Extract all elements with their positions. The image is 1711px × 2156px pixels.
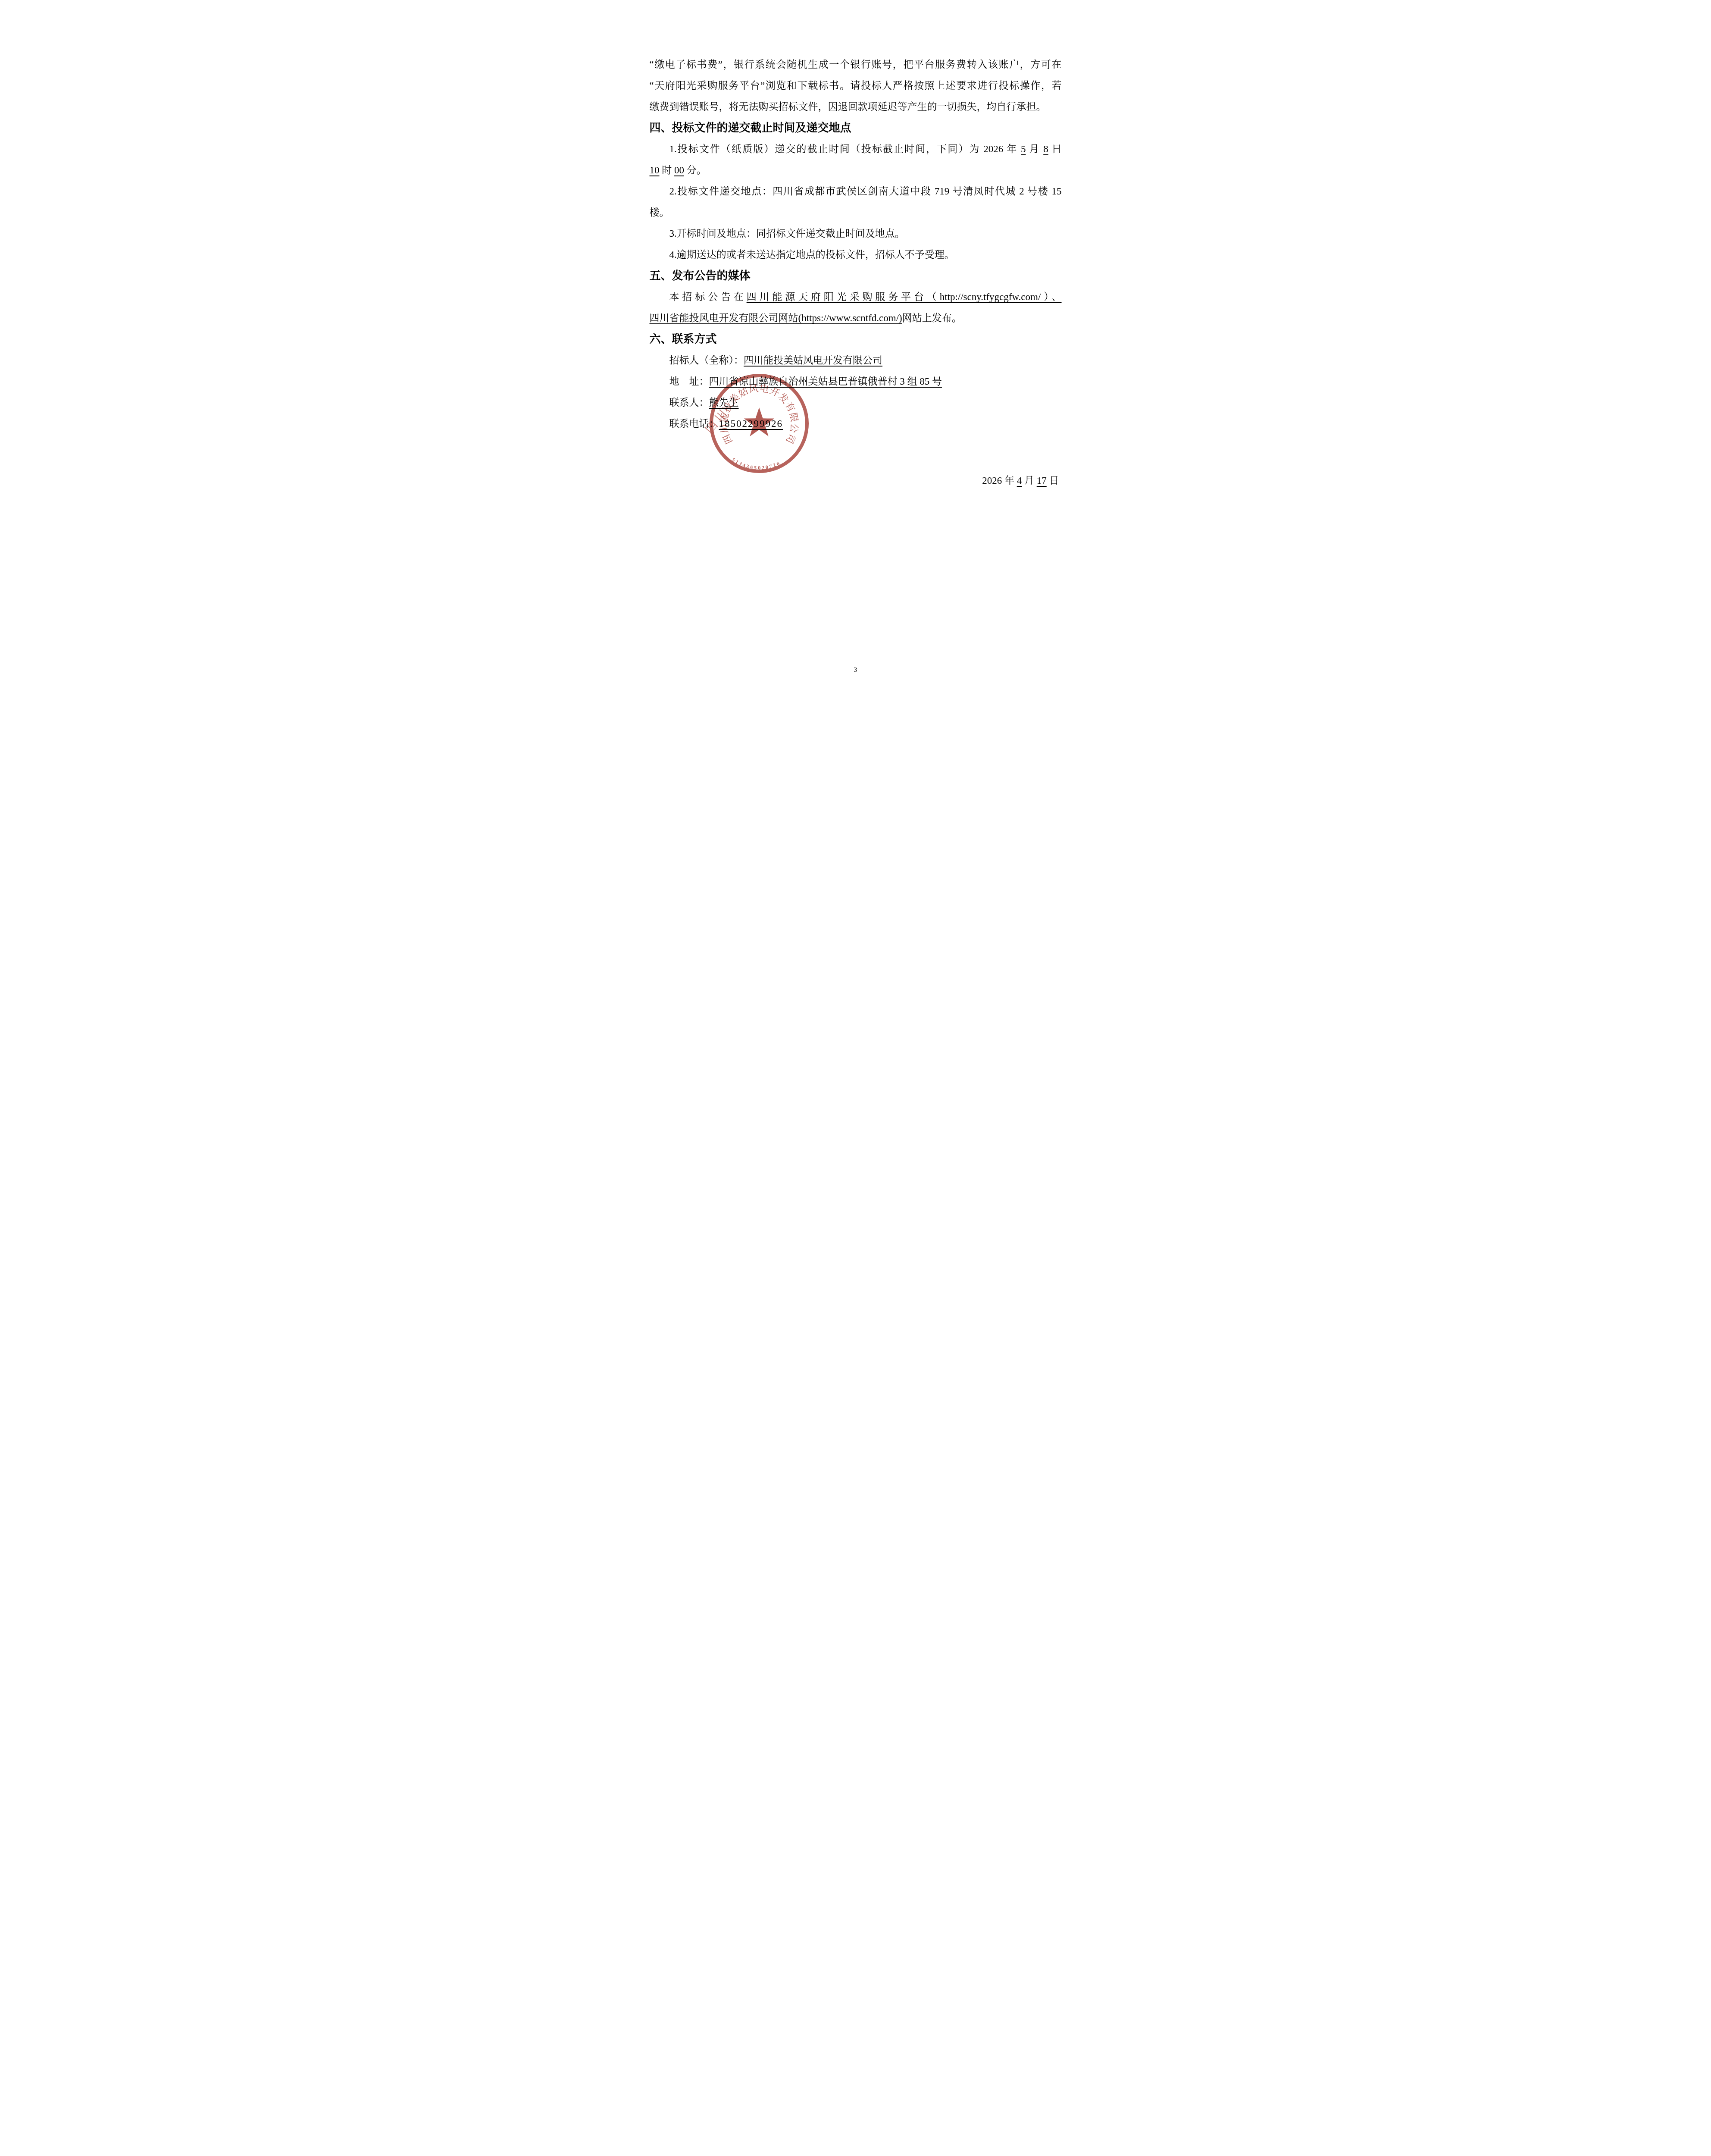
date-day: 17 [1037, 475, 1047, 486]
section4-item1-line1: 1.投标文件（纸质版）递交的截止时间（投标截止时间，下同）为 2026 年 5 … [650, 138, 1062, 160]
phone-line: 联系电话：18502299926 [650, 413, 1062, 434]
section4-heading: 四、投标文件的递交截止时间及递交地点 [650, 117, 1062, 138]
date-year: 2026 年 [982, 475, 1017, 486]
page-number: 3 [650, 666, 1062, 674]
section6-heading: 六、联系方式 [650, 329, 1062, 350]
intro-line-1: “缴电子标书费”，银行系统会随机生成一个银行账号，把平台服务费转入该账户，方可在 [650, 54, 1062, 75]
document-page: “缴电子标书费”，银行系统会随机生成一个银行账号，把平台服务费转入该账户，方可在… [599, 0, 1112, 726]
item1-text: 分。 [684, 165, 707, 175]
tenderer-name: 四川能投美姑风电开发有限公司 [744, 355, 882, 366]
item1-text: 时 [660, 165, 675, 175]
item1-text: 日 [1048, 144, 1062, 154]
media-text: 本招标公告在 [669, 291, 747, 302]
deadline-month: 5 [1021, 144, 1026, 154]
media-text: 网站上发布。 [902, 313, 962, 323]
section4-item1-line2: 10 时 00 分。 [650, 160, 1062, 181]
section4-item3: 3.开标时间及地点：同招标文件递交截止时间及地点。 [650, 223, 1062, 244]
phone-label: 联系电话： [669, 418, 719, 429]
phone-number: 18502299926 [719, 418, 783, 429]
section4-item4: 4.逾期送达的或者未送达指定地点的投标文件，招标人不予受理。 [650, 244, 1062, 265]
media-line2: 四川省能投风电开发有限公司网站(https://www.scntfd.com/)… [650, 307, 1062, 329]
intro-line-2: “天府阳光采购服务平台”浏览和下载标书。请投标人严格按照上述要求进行投标操作，若 [650, 75, 1062, 96]
date-month: 4 [1017, 475, 1022, 486]
section4-item2-line2: 楼。 [650, 202, 1062, 223]
deadline-minute: 00 [674, 165, 684, 175]
section4-item2-line1: 2.投标文件递交地点：四川省成都市武侯区剑南大道中段 719 号清凤时代城 2 … [650, 181, 1062, 202]
contact-name: 熊先生 [709, 397, 739, 408]
procurement-platform-link: 四川能源天府阳光采购服务平台（http://scny.tfygcgfw.com/… [747, 291, 1062, 302]
address-value: 四川省凉山彝族自治州美姑县巴普镇俄普村 3 组 85 号 [709, 376, 942, 387]
date-text: 月 [1022, 475, 1037, 486]
intro-line-3: 缴费到错误账号，将无法购买招标文件，因退回款项延迟等产生的一切损失，均自行承担。 [650, 96, 1062, 117]
contact-label: 联系人： [669, 397, 709, 408]
address-line: 地 址：四川省凉山彝族自治州美姑县巴普镇俄普村 3 组 85 号 [650, 371, 1062, 392]
deadline-day: 8 [1043, 144, 1048, 154]
section5-heading: 五、发布公告的媒体 [650, 265, 1062, 286]
deadline-hour: 10 [650, 165, 660, 175]
item1-text: 月 [1026, 144, 1044, 154]
company-website-link: 四川省能投风电开发有限公司网站(https://www.scntfd.com/) [650, 313, 902, 323]
tenderer-label: 招标人（全称）： [669, 355, 744, 366]
media-line1: 本招标公告在四川能源天府阳光采购服务平台（http://scny.tfygcgf… [650, 286, 1062, 307]
contact-line: 联系人：熊先生 [650, 392, 1062, 413]
item1-text: 1.投标文件（纸质版）递交的截止时间（投标截止时间，下同）为 2026 年 [669, 144, 1021, 154]
address-label: 地 址： [669, 376, 709, 387]
page-content: “缴电子标书费”，银行系统会随机生成一个银行账号，把平台服务费转入该账户，方可在… [599, 0, 1112, 674]
document-date: 2026 年 4 月 17 日 [650, 470, 1062, 491]
tenderer-line: 招标人（全称）：四川能投美姑风电开发有限公司 [650, 350, 1062, 371]
date-text: 日 [1047, 475, 1059, 486]
